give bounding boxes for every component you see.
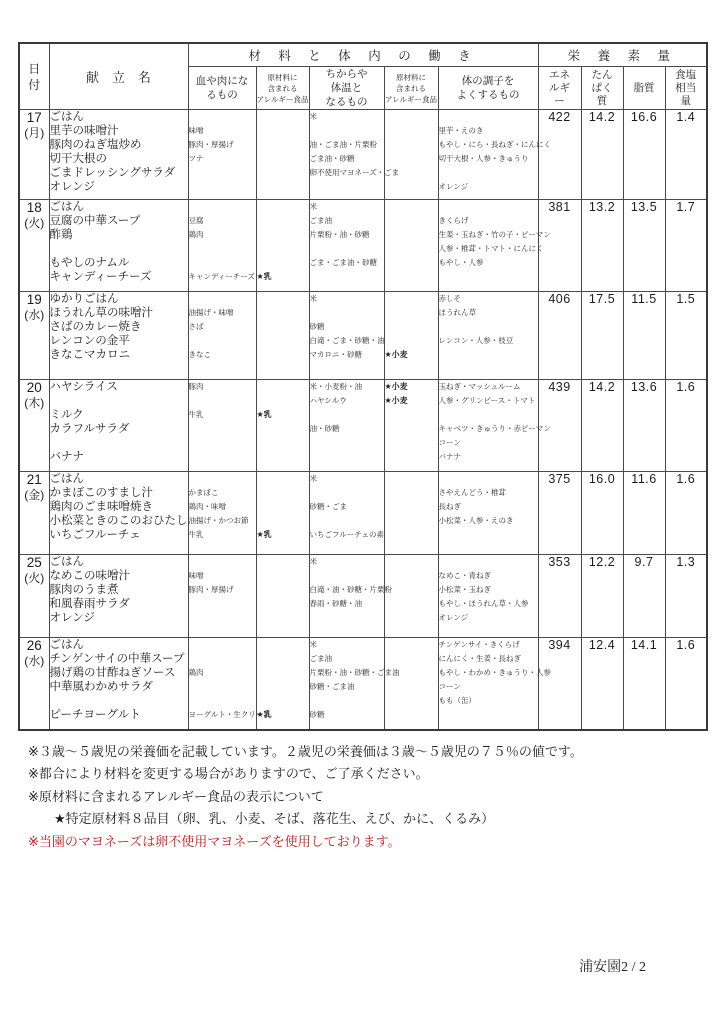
date-number: 19 — [20, 292, 49, 308]
menu-items-cell: ごはん豆腐の中華スープ酢鶏もやしのナムルキャンディーチーズ — [49, 200, 188, 292]
allergy-mark-cell-1 — [256, 555, 309, 638]
document-page: { "table": { "headers": { "date": "日\n付"… — [0, 0, 724, 1024]
allergy-mark-cell-1: ★乳 — [256, 638, 309, 730]
salt-value: 1.6 — [665, 380, 707, 472]
allergy-mark-cell-1 — [256, 292, 309, 380]
body-condition-cell: さやえんどう・椎茸長ねぎ小松菜・人参・えのき — [438, 472, 538, 555]
body-condition-cell: 里芋・えのきもやし・にら・長ねぎ・にんにく切干大根・人参・きゅうりオレンジ — [438, 110, 538, 200]
date-cell: 20 (木) — [19, 380, 49, 472]
date-weekday: (月) — [20, 126, 49, 141]
energy-source-cell: 米砂糖・ごまいちごフルーチェの素 — [309, 472, 384, 555]
allergy-mark-cell-1: ★乳 — [256, 380, 309, 472]
fat-value: 14.1 — [623, 638, 665, 730]
table-body: 17 (月) ごはん里芋の味噌汁豚肉のねぎ塩炒め切干大根のごまドレッシングサラダ… — [19, 110, 707, 730]
date-number: 21 — [20, 472, 49, 488]
menu-row-21: 21 (金) ごはんかまぼこのすまし汁鶏肉のごま味噌焼き小松菜ときのこのおひたし… — [19, 472, 707, 555]
note-item: ※都合により材料を変更する場合がありますので、ご了承ください。 — [28, 763, 706, 786]
energy-source-cell: 米ごま油片栗粉・油・砂糖ごま・ごま油・砂糖 — [309, 200, 384, 292]
fat-value: 11.5 — [623, 292, 665, 380]
page-number: 浦安園2 / 2 — [579, 956, 646, 976]
protein-value: 12.4 — [581, 638, 623, 730]
date-weekday: (火) — [20, 216, 49, 231]
date-cell: 21 (金) — [19, 472, 49, 555]
energy-value: 406 — [538, 292, 581, 380]
allergy-mark-cell-2 — [384, 638, 438, 730]
body-condition-cell: きくらげ生姜・玉ねぎ・竹の子・ピーマン人参・椎茸・トマト・にんにくもやし・人参 — [438, 200, 538, 292]
protein-value: 14.2 — [581, 110, 623, 200]
header-ingredients-group: 材 料 と 体 内 の 働 き — [188, 43, 538, 67]
date-cell: 25 (火) — [19, 555, 49, 638]
salt-value: 1.5 — [665, 292, 707, 380]
date-cell: 18 (火) — [19, 200, 49, 292]
menu-items-cell: ごはんかまぼこのすまし汁鶏肉のごま味噌焼き小松菜ときのこのおひたしいちごフルーチ… — [49, 472, 188, 555]
energy-source-cell: 米・小麦粉・油ハヤシルウ油・砂糖 — [309, 380, 384, 472]
blood-flesh-cell: 味噌豚肉・厚揚げ — [188, 555, 256, 638]
date-number: 17 — [20, 110, 49, 126]
header-energy-source: ちからや 体温と なるもの — [309, 67, 384, 110]
date-weekday: (水) — [20, 308, 49, 323]
date-cell: 17 (月) — [19, 110, 49, 200]
blood-flesh-cell: 鶏肉ヨーグルト・生クリーム — [188, 638, 256, 730]
note-item: ※当園のマヨネーズは卵不使用マヨネーズを使用しております。 — [28, 831, 706, 854]
energy-source-cell: 米白滝・油・砂糖・片栗粉春雨・砂糖・油 — [309, 555, 384, 638]
energy-value: 375 — [538, 472, 581, 555]
header-nutrition-group: 栄 養 素 量 — [538, 43, 707, 67]
allergy-mark-cell-1 — [256, 110, 309, 200]
header-allergy-1: 原材料に 含まれる アレルギー食品 — [256, 67, 309, 110]
blood-flesh-cell: 豆腐鶏肉キャンディーチーズ — [188, 200, 256, 292]
header-fat: 脂質 — [623, 67, 665, 110]
blood-flesh-cell: 油揚げ・味噌さばきなこ — [188, 292, 256, 380]
menu-items-cell: ごはん里芋の味噌汁豚肉のねぎ塩炒め切干大根のごまドレッシングサラダオレンジ — [49, 110, 188, 200]
menu-row-17: 17 (月) ごはん里芋の味噌汁豚肉のねぎ塩炒め切干大根のごまドレッシングサラダ… — [19, 110, 707, 200]
energy-source-cell: 米砂糖白滝・ごま・砂糖・油マカロニ・砂糖 — [309, 292, 384, 380]
header-allergy-2: 原材料に 含まれる アレルギー食品 — [384, 67, 438, 110]
fat-value: 11.6 — [623, 472, 665, 555]
header-salt: 食塩 相当 量 — [665, 67, 707, 110]
menu-row-18: 18 (火) ごはん豆腐の中華スープ酢鶏もやしのナムルキャンディーチーズ 豆腐鶏… — [19, 200, 707, 292]
date-number: 18 — [20, 200, 49, 216]
allergy-mark-cell-2 — [384, 555, 438, 638]
date-weekday: (水) — [20, 654, 49, 669]
note-item: ※３歳～５歳児の栄養価を記載しています。２歳児の栄養価は３歳～５歳児の７５％の値… — [28, 741, 706, 764]
blood-flesh-cell: 味噌豚肉・厚揚げツナ — [188, 110, 256, 200]
date-cell: 26 (水) — [19, 638, 49, 730]
allergy-mark-cell-2 — [384, 472, 438, 555]
body-condition-cell: チンゲンサイ・きくらげにんにく・生姜・長ねぎもやし・わかめ・きゅうり・人参コーン… — [438, 638, 538, 730]
menu-row-20: 20 (木) ハヤシライスミルクカラフルサラダバナナ 豚肉牛乳 ★乳 米・小麦粉… — [19, 380, 707, 472]
menu-items-cell: ゆかりごはんほうれん草の味噌汁さばのカレー焼きレンコンの金平きなこマカロニ — [49, 292, 188, 380]
menu-row-25: 25 (火) ごはんなめこの味噌汁豚肉のうま煮和風春雨サラダオレンジ 味噌豚肉・… — [19, 555, 707, 638]
date-weekday: (木) — [20, 396, 49, 411]
menu-items-cell: ごはんチンゲンサイの中華スープ揚げ鶏の甘酢ねぎソース中華風わかめサラダピーチヨー… — [49, 638, 188, 730]
body-condition-cell: 赤しそほうれん草レンコン・人参・枝豆 — [438, 292, 538, 380]
protein-value: 17.5 — [581, 292, 623, 380]
allergy-mark-cell-2 — [384, 200, 438, 292]
blood-flesh-cell: 豚肉牛乳 — [188, 380, 256, 472]
note-item: ★特定原材料８品目（卵、乳、小麦、そば、落花生、えび、かに、くるみ） — [28, 808, 706, 831]
fat-value: 9.7 — [623, 555, 665, 638]
protein-value: 13.2 — [581, 200, 623, 292]
menu-items-cell: ごはんなめこの味噌汁豚肉のうま煮和風春雨サラダオレンジ — [49, 555, 188, 638]
date-number: 20 — [20, 380, 49, 396]
menu-table: 日 付 献 立 名 材 料 と 体 内 の 働 き 栄 養 素 量 血や肉にな … — [18, 42, 708, 731]
energy-source-cell: 米ごま油片栗粉・油・砂糖・ごま油砂糖・ごま油砂糖 — [309, 638, 384, 730]
energy-value: 422 — [538, 110, 581, 200]
date-number: 25 — [20, 555, 49, 571]
header-date: 日 付 — [19, 43, 49, 110]
header-protein: たん ぱく 質 — [581, 67, 623, 110]
energy-value: 394 — [538, 638, 581, 730]
footnotes: ※３歳～５歳児の栄養価を記載しています。２歳児の栄養価は３歳～５歳児の７５％の値… — [28, 741, 706, 854]
header-menu-name: 献 立 名 — [49, 43, 188, 110]
energy-source-cell: 米油・ごま油・片栗粉ごま油・砂糖卵不使用マヨネーズ・ごま — [309, 110, 384, 200]
protein-value: 14.2 — [581, 380, 623, 472]
header-condition: 体の調子を よくするもの — [438, 67, 538, 110]
salt-value: 1.7 — [665, 200, 707, 292]
blood-flesh-cell: かまぼこ鶏肉・味噌油揚げ・かつお節牛乳 — [188, 472, 256, 555]
date-weekday: (火) — [20, 571, 49, 586]
energy-value: 353 — [538, 555, 581, 638]
date-cell: 19 (水) — [19, 292, 49, 380]
protein-value: 16.0 — [581, 472, 623, 555]
allergy-mark-cell-1: ★乳 — [256, 200, 309, 292]
menu-sheet: 日 付 献 立 名 材 料 と 体 内 の 働 き 栄 養 素 量 血や肉にな … — [0, 0, 724, 853]
protein-value: 12.2 — [581, 555, 623, 638]
energy-value: 381 — [538, 200, 581, 292]
date-number: 26 — [20, 638, 49, 654]
allergy-mark-cell-2: ★小麦★小麦 — [384, 380, 438, 472]
salt-value: 1.4 — [665, 110, 707, 200]
fat-value: 13.6 — [623, 380, 665, 472]
date-weekday: (金) — [20, 488, 49, 503]
body-condition-cell: 玉ねぎ・マッシュルーム人参・グリンピース・トマトキャベツ・きゅうり・赤ピーマンコ… — [438, 380, 538, 472]
salt-value: 1.6 — [665, 638, 707, 730]
menu-row-26: 26 (水) ごはんチンゲンサイの中華スープ揚げ鶏の甘酢ねぎソース中華風わかめサ… — [19, 638, 707, 730]
header-blood: 血や肉にな るもの — [188, 67, 256, 110]
fat-value: 13.5 — [623, 200, 665, 292]
header-energy: エネ ルギ ー — [538, 67, 581, 110]
note-item: ※原材料に含まれるアレルギー食品の表示について — [28, 786, 706, 809]
allergy-mark-cell-1: ★乳 — [256, 472, 309, 555]
table-header: 日 付 献 立 名 材 料 と 体 内 の 働 き 栄 養 素 量 血や肉にな … — [19, 43, 707, 110]
allergy-mark-cell-2 — [384, 110, 438, 200]
salt-value: 1.3 — [665, 555, 707, 638]
fat-value: 16.6 — [623, 110, 665, 200]
menu-items-cell: ハヤシライスミルクカラフルサラダバナナ — [49, 380, 188, 472]
salt-value: 1.6 — [665, 472, 707, 555]
body-condition-cell: なめこ・青ねぎ小松菜・玉ねぎもやし・ほうれん草・人参オレンジ — [438, 555, 538, 638]
allergy-mark-cell-2: ★小麦 — [384, 292, 438, 380]
menu-row-19: 19 (水) ゆかりごはんほうれん草の味噌汁さばのカレー焼きレンコンの金平きなこ… — [19, 292, 707, 380]
